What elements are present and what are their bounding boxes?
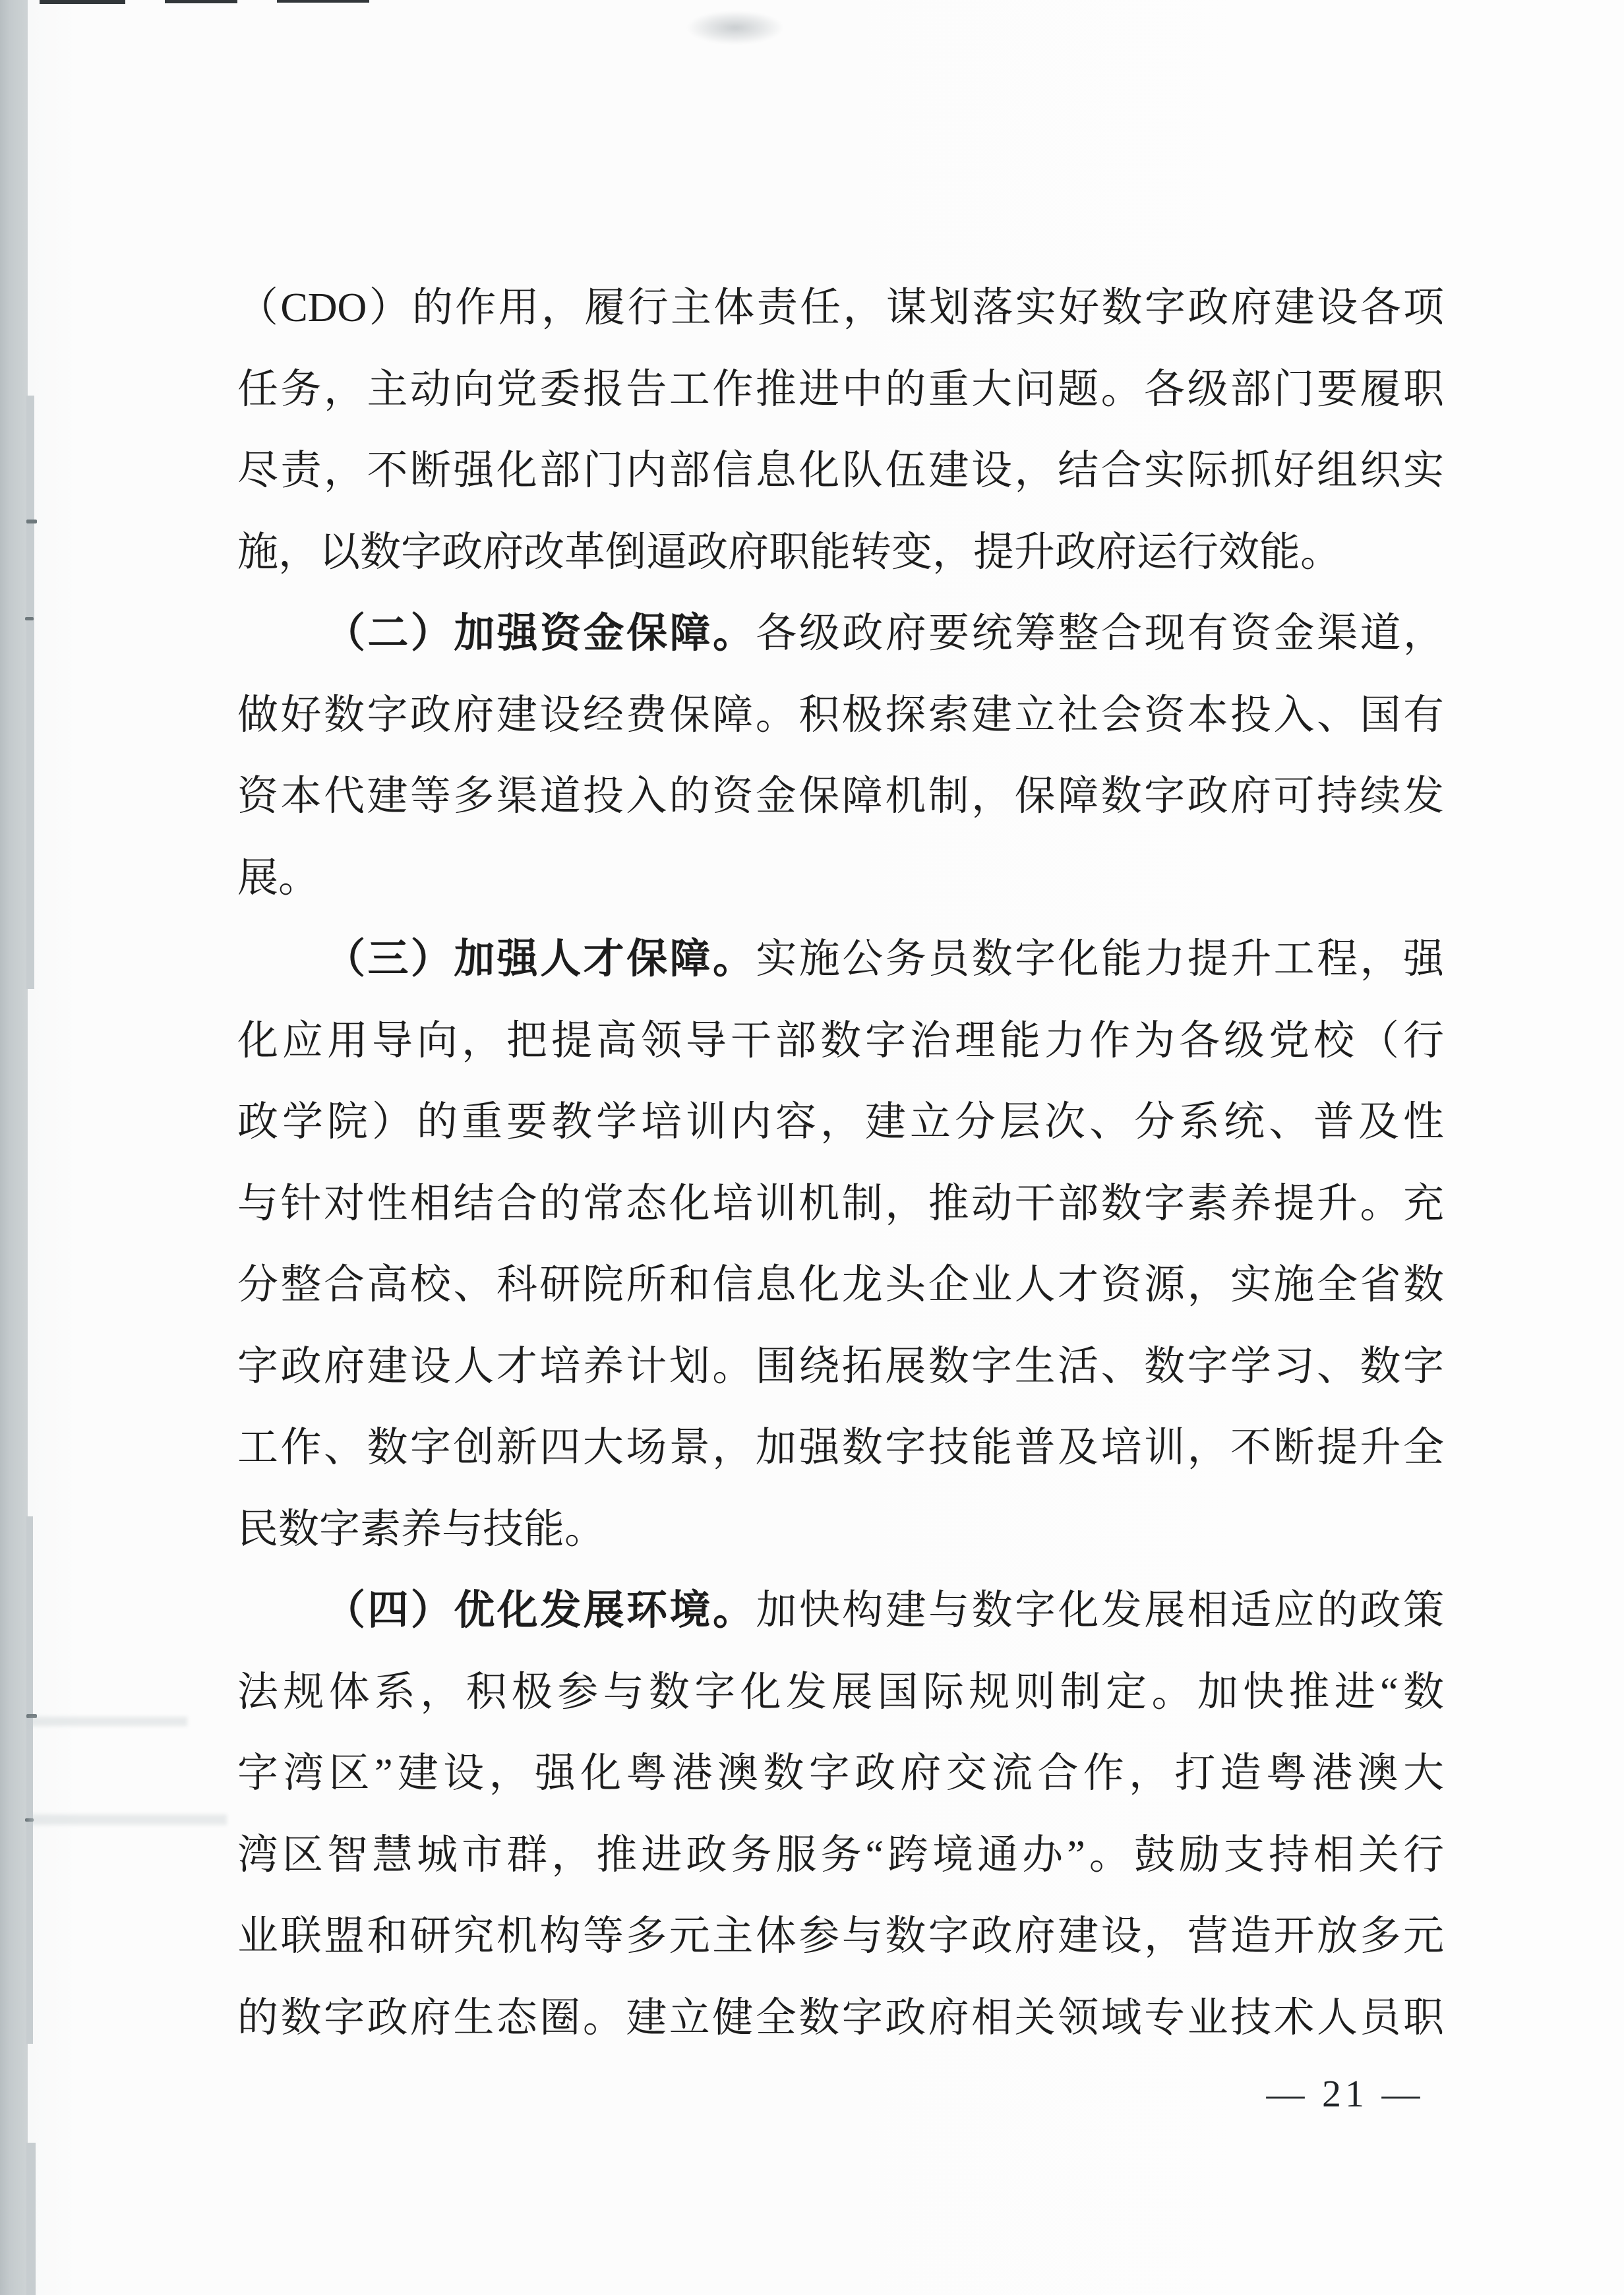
section-heading: （四）优化发展环境。 xyxy=(324,1588,756,1633)
scan-edge-notch xyxy=(26,520,37,523)
text-line: （三）加强人才保障。实施公务员数字化能力提升工程，强 xyxy=(237,919,1444,1001)
text-line: 湾区智慧城市群，推进政务服务“跨境通办”。鼓励支持相关行 xyxy=(237,1815,1444,1897)
paragraph: （四）优化发展环境。加快构建与数字化发展相适应的政策法规体系，积极参与数字化发展… xyxy=(237,1570,1444,2059)
text-line: 展。 xyxy=(237,838,1444,920)
scan-edge-artifact xyxy=(26,396,34,989)
paragraph: （CDO）的作用，履行主体责任，谋划落实好数字政府建设各项任务，主动向党委报告工… xyxy=(237,268,1444,593)
text-line: 化应用导向，把提高领导干部数字治理能力作为各级党校（行 xyxy=(237,1001,1444,1083)
text-line: 民数字素养与技能。 xyxy=(237,1489,1444,1571)
text-line: （四）优化发展环境。加快构建与数字化发展相适应的政策 xyxy=(237,1570,1444,1652)
paragraph: （二）加强资金保障。各级政府要统筹整合现有资金渠道，做好数字政府建设经费保障。积… xyxy=(237,593,1444,919)
scan-edge-band xyxy=(0,0,28,2295)
scan-edge-notch xyxy=(25,617,34,620)
scan-edge-artifact xyxy=(26,2143,36,2295)
text-line: 的数字政府生态圈。建立健全数字政府相关领域专业技术人员职 xyxy=(237,1978,1444,2060)
text-line: 政学院）的重要教学培训内容，建立分层次、分系统、普及性 xyxy=(237,1082,1444,1164)
text-line: 施，以数字政府改革倒逼政府职能转变，提升政府运行效能。 xyxy=(237,512,1444,594)
scan-streak xyxy=(29,1814,227,1825)
text-line: 字湾区”建设，强化粤港澳数字政府交流合作，打造粤港澳大 xyxy=(237,1733,1444,1815)
page-number: — 21 — xyxy=(1240,2068,1451,2120)
scan-edge-artifact xyxy=(26,1516,33,2044)
paragraph: （三）加强人才保障。实施公务员数字化能力提升工程，强化应用导向，把提高领导干部数… xyxy=(237,919,1444,1570)
text-line: 法规体系，积极参与数字化发展国际规则制定。加快推进“数 xyxy=(237,1652,1444,1734)
scan-top-dash xyxy=(165,0,237,3)
text-line: 工作、数字创新四大场景，加强数字技能普及培训，不断提升全 xyxy=(237,1408,1444,1489)
section-heading: （三）加强人才保障。 xyxy=(324,937,756,982)
scan-top-dash xyxy=(277,0,369,3)
text-line: 与针对性相结合的常态化培训机制，推动干部数字素养提升。充 xyxy=(237,1164,1444,1245)
text-line: 任务，主动向党委报告工作推进中的重大问题。各级部门要履职 xyxy=(237,349,1444,431)
section-heading: （二）加强资金保障。 xyxy=(324,611,756,656)
text-line: 业联盟和研究机构等多元主体参与数字政府建设，营造开放多元 xyxy=(237,1896,1444,1978)
text-line: （二）加强资金保障。各级政府要统筹整合现有资金渠道， xyxy=(237,593,1444,675)
text-block: （CDO）的作用，履行主体责任，谋划落实好数字政府建设各项任务，主动向党委报告工… xyxy=(237,268,1444,2059)
bleed-through-smudge xyxy=(686,11,785,45)
scan-streak xyxy=(29,1717,187,1726)
text-line: 分整合高校、科研院所和信息化龙头企业人才资源，实施全省数 xyxy=(237,1245,1444,1326)
text-line: 做好数字政府建设经费保障。积极探索建立社会资本投入、国有 xyxy=(237,675,1444,757)
scanned-document-page: { "page": { "paper_color": "#fcfcfc", "t… xyxy=(0,0,1624,2295)
text-line: 字政府建设人才培养计划。围绕拓展数字生活、数字学习、数字 xyxy=(237,1326,1444,1408)
scan-top-dash xyxy=(40,0,125,4)
text-line: 尽责，不断强化部门内部信息化队伍建设，结合实际抓好组织实 xyxy=(237,431,1444,512)
text-line: （CDO）的作用，履行主体责任，谋划落实好数字政府建设各项 xyxy=(237,268,1444,349)
text-line: 资本代建等多渠道投入的资金保障机制，保障数字政府可持续发 xyxy=(237,756,1444,838)
